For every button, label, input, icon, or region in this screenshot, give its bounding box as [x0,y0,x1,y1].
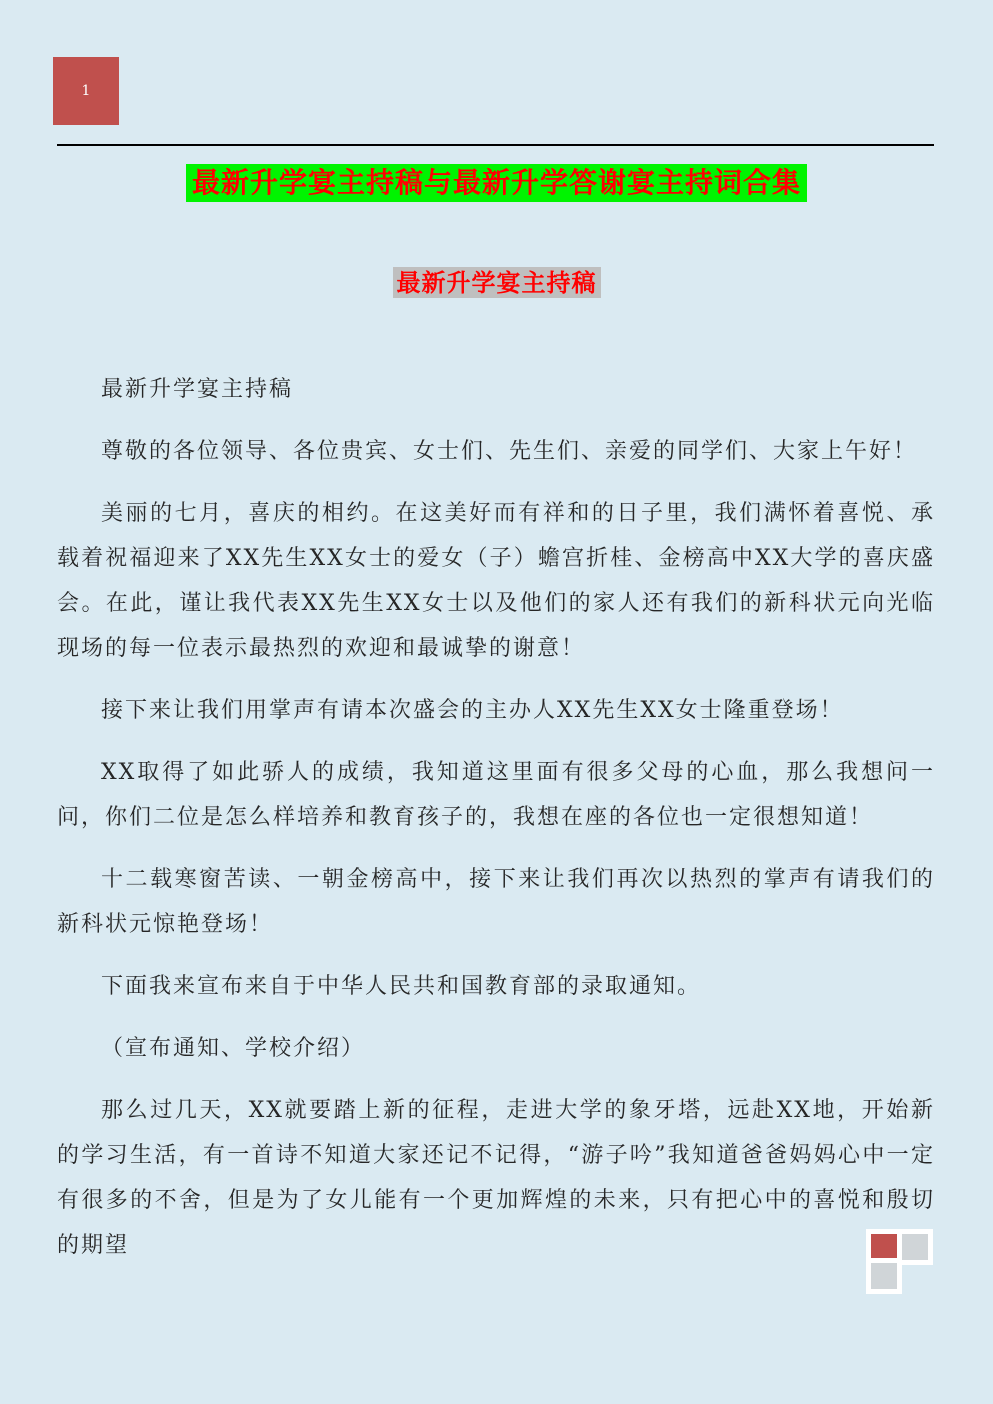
paragraph: XX取得了如此骄人的成绩，我知道这里面有很多父母的心血，那么我想问一问，你们二位… [57,750,935,840]
page-number-badge: 1 [53,57,119,125]
page: { "page": { "background_color": "#daeaf2… [0,0,993,1404]
header-divider [57,144,934,146]
doc-title: 最新升学宴主持稿与最新升学答谢宴主持词合集 [0,164,993,202]
logo-square-gray-top [897,1229,933,1265]
paragraph: 美丽的七月，喜庆的相约。在这美好而有祥和的日子里，我们满怀着喜悦、承载着祝福迎来… [57,491,935,671]
paragraph: 下面我来宣布来自于中华人民共和国教育部的录取通知。 [57,964,935,1009]
doc-subtitle: 最新升学宴主持稿 [0,267,993,298]
document-body: 最新升学宴主持稿 尊敬的各位领导、各位贵宾、女士们、先生们、亲爱的同学们、大家上… [57,367,935,1404]
logo-mark [866,1229,934,1294]
paragraph: 尊敬的各位领导、各位贵宾、女士们、先生们、亲爱的同学们、大家上午好！ [57,429,935,474]
doc-title-text: 最新升学宴主持稿与最新升学答谢宴主持词合集 [186,164,807,202]
doc-subtitle-text: 最新升学宴主持稿 [393,267,601,298]
page-number: 1 [82,83,91,99]
paragraph: 接下来让我们用掌声有请本次盛会的主办人XX先生XX女士隆重登场！ [57,688,935,733]
paragraph: 最新升学宴主持稿 [57,367,935,412]
logo-square-gray-bottom [866,1258,902,1294]
paragraph: 十二载寒窗苦读、一朝金榜高中，接下来让我们再次以热烈的掌声有请我们的新科状元惊艳… [57,857,935,947]
paragraph: 那么过几天，XX就要踏上新的征程，走进大学的象牙塔，远赴XX地，开始新的学习生活… [57,1088,935,1268]
paragraph: （宣布通知、学校介绍） [57,1026,935,1071]
